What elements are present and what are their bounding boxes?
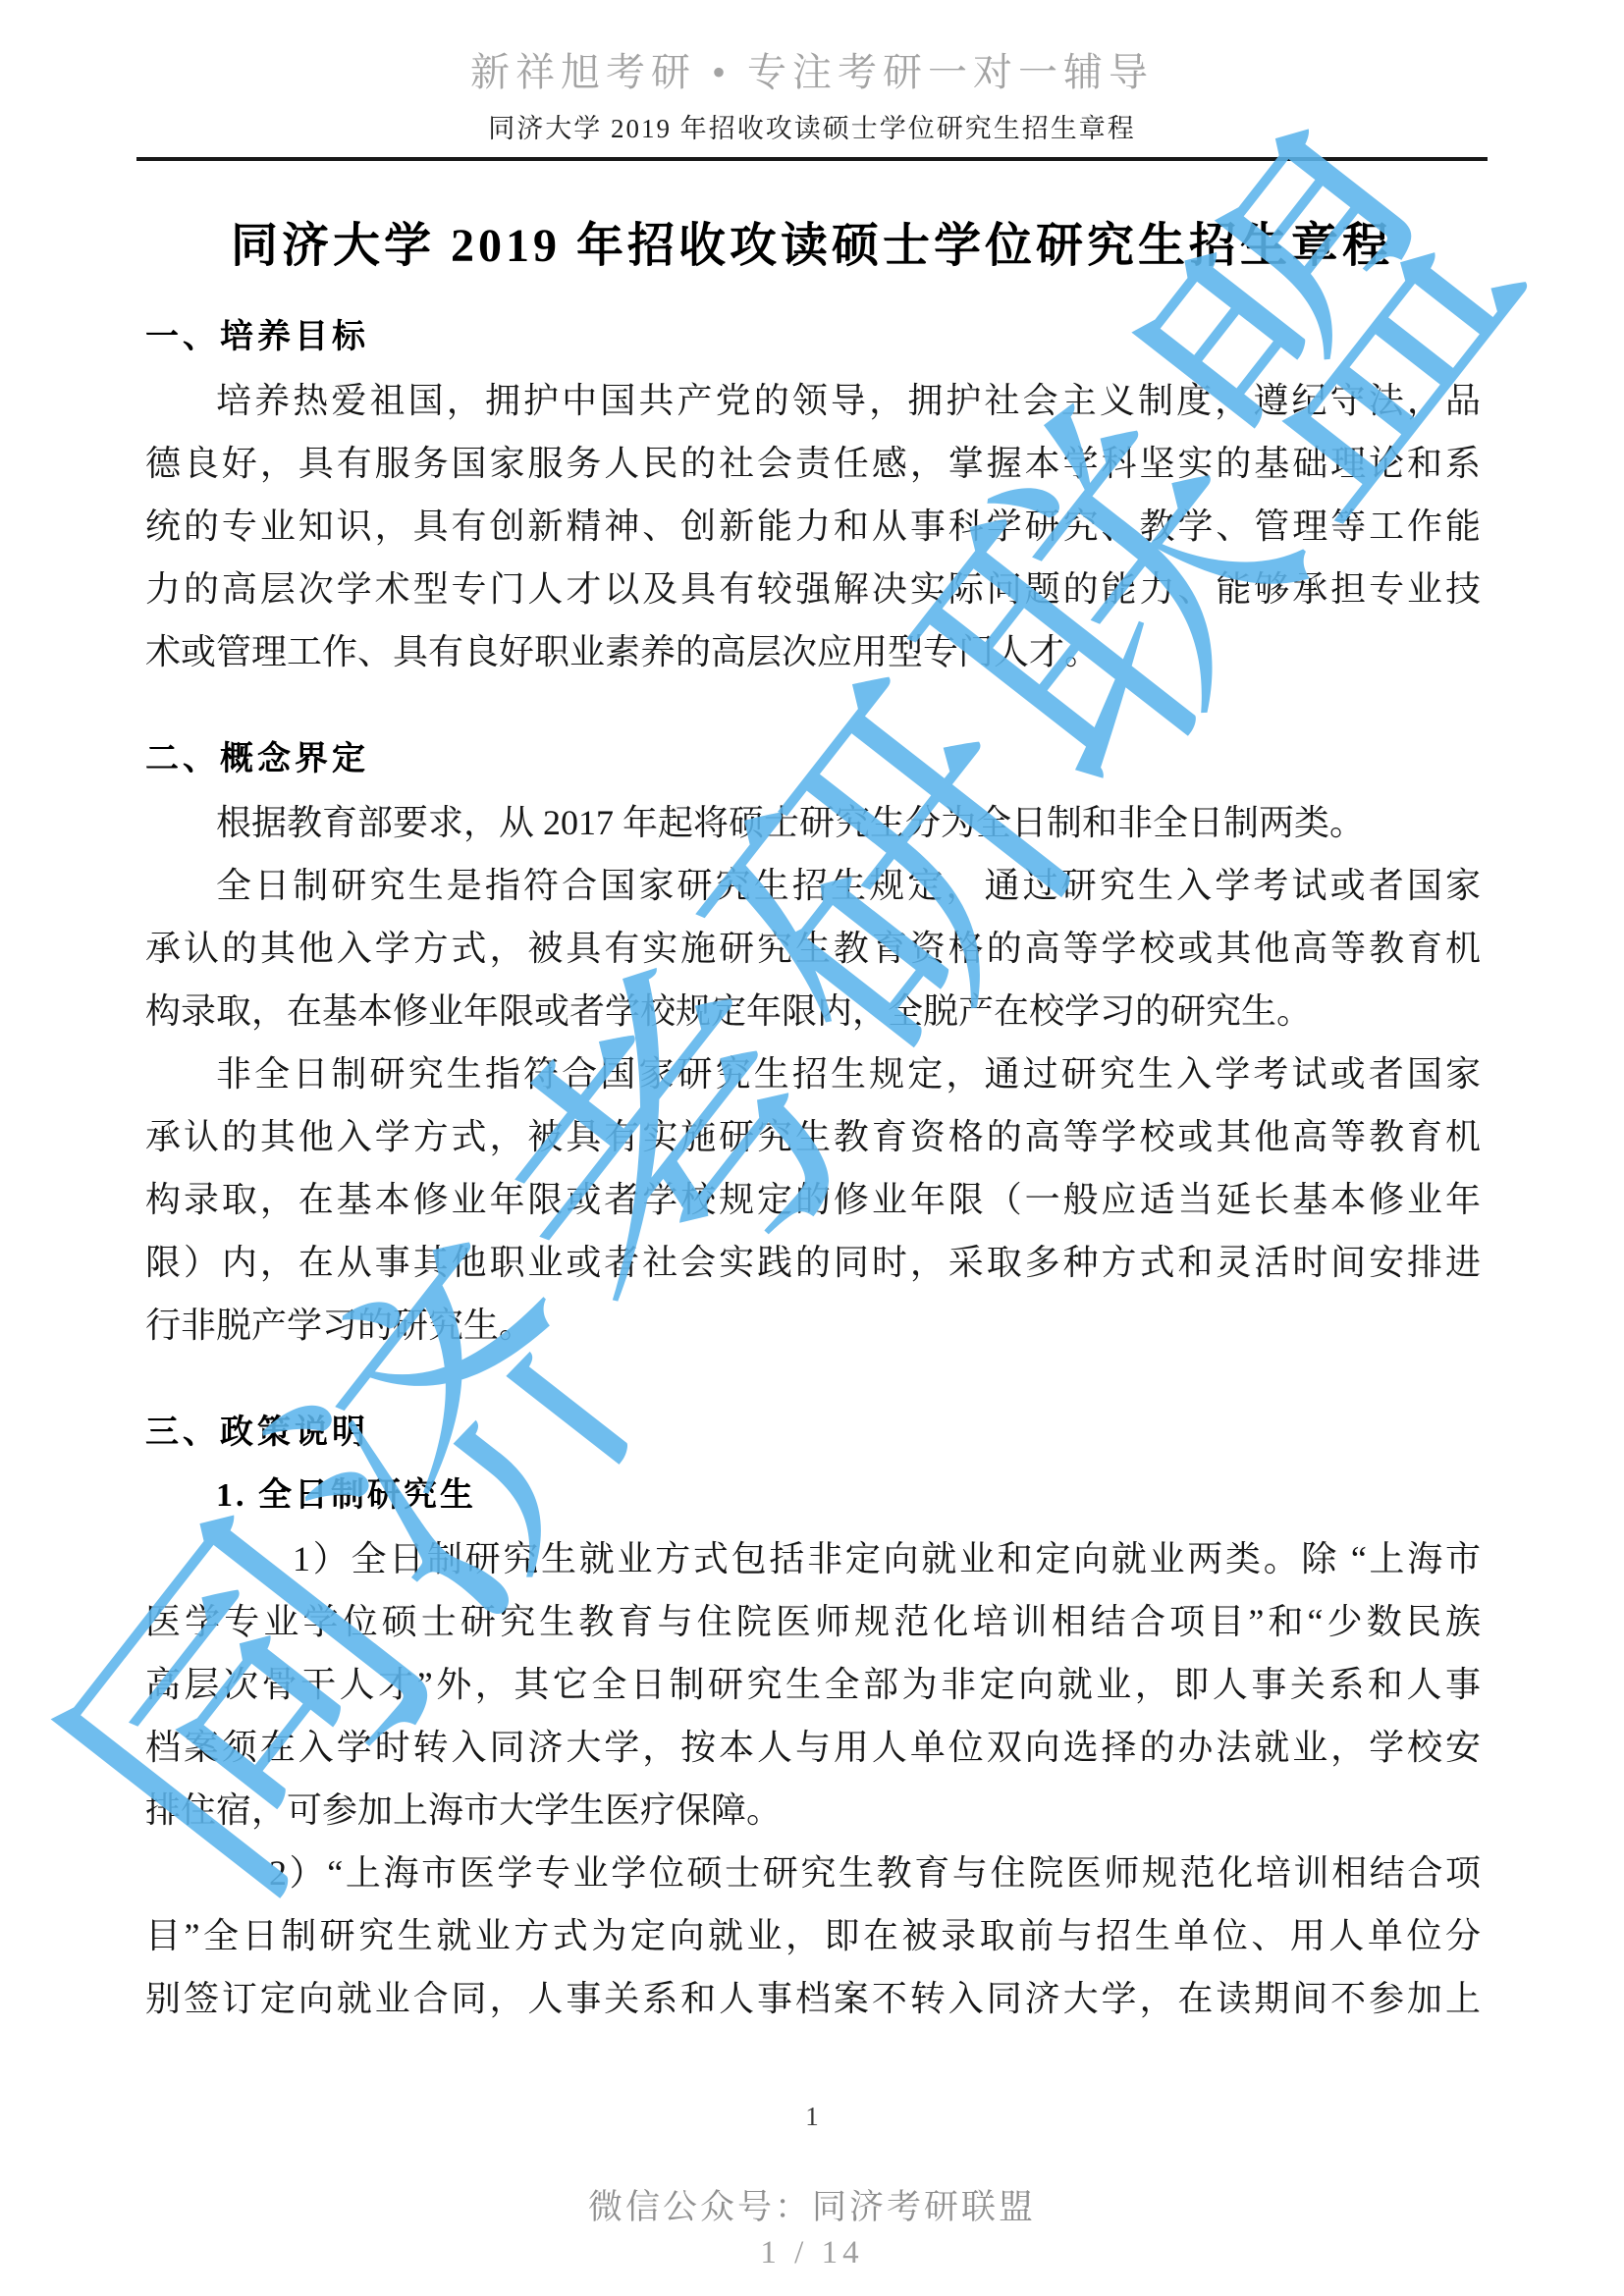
body-line: 高层次骨干人才”外，其它全日制研究生全部为非定向就业，即人事关系和人事 (145, 1653, 1481, 1716)
body-line: 根据教育部要求，从 2017 年起将硕士研究生分为全日制和非全日制两类。 (145, 791, 1481, 854)
section-heading: 一、培养目标 (145, 306, 1481, 369)
body-line: 1）全日制研究生就业方式包括非定向就业和定向就业两类。除 “上海市 (145, 1527, 1481, 1590)
body-line: 力的高层次学术型专门人才以及具有较强解决实际问题的能力、能够承担专业技 (145, 558, 1481, 620)
footer-wechat: 微信公众号：同济考研联盟 (0, 2185, 1624, 2230)
body-line: 构录取，在基本修业年限或者学校规定的修业年限（一般应适当延长基本修业年 (145, 1168, 1481, 1231)
body-line: 医学专业学位硕士研究生教育与住院医师规范化培训相结合项目”和“少数民族 (145, 1590, 1481, 1653)
page-title: 同济大学 2019 年招收攻读硕士学位研究生招生章程 (0, 218, 1624, 275)
body-line: 限）内，在从事其他职业或者社会实践的同时，采取多种方式和灵活时间安排进 (145, 1231, 1481, 1294)
body-line: 全日制研究生是指符合国家研究生招生规定，通过研究生入学考试或者国家 (145, 854, 1481, 917)
header-rule (136, 157, 1488, 161)
section-heading: 二、概念界定 (145, 728, 1481, 791)
body-line: 排住宿，可参加上海市大学生医疗保障。 (145, 1779, 1481, 1842)
body-line: 2）“上海市医学专业学位硕士研究生教育与住院医师规范化培训相结合项 (145, 1842, 1481, 1904)
body-line: 别签订定向就业合同，人事关系和人事档案不转入同济大学，在读期间不参加上 (145, 1967, 1481, 2030)
footer-pagination: 1 / 14 (0, 2232, 1624, 2273)
section-heading: 1. 全日制研究生 (145, 1465, 1481, 1527)
header-doc-title: 同济大学 2019 年招收攻读硕士学位研究生招生章程 (0, 112, 1624, 145)
body-line: 统的专业知识，具有创新精神、创新能力和从事科学研究、教学、管理等工作能 (145, 495, 1481, 558)
body-line: 目”全日制研究生就业方式为定向就业，即在被录取前与招生单位、用人单位分 (145, 1904, 1481, 1967)
document-body: 一、培养目标培养热爱祖国，拥护中国共产党的领导，拥护社会主义制度，遵纪守法，品德… (145, 306, 1481, 2030)
page-header: 新祥旭考研 • 专注考研一对一辅导 同济大学 2019 年招收攻读硕士学位研究生… (0, 0, 1624, 161)
section-heading: 三、政策说明 (145, 1402, 1481, 1465)
body-line: 术或管理工作、具有良好职业素养的高层次应用型专门人才。 (145, 620, 1481, 683)
body-line: 行非脱产学习的研究生。 (145, 1294, 1481, 1357)
body-line: 德良好，具有服务国家服务人民的社会责任感，掌握本学科坚实的基础理论和系 (145, 432, 1481, 495)
body-line: 培养热爱祖国，拥护中国共产党的领导，拥护社会主义制度，遵纪守法，品 (145, 369, 1481, 432)
body-line: 构录取，在基本修业年限或者学校规定年限内，全脱产在校学习的研究生。 (145, 980, 1481, 1042)
body-line: 非全日制研究生指符合国家研究生招生规定，通过研究生入学考试或者国家 (145, 1042, 1481, 1105)
body-line: 承认的其他入学方式，被具有实施研究生教育资格的高等学校或其他高等教育机 (145, 917, 1481, 980)
page-number: 1 (0, 2097, 1624, 2136)
header-brand: 新祥旭考研 • 专注考研一对一辅导 (0, 49, 1624, 96)
body-line: 档案须在入学时转入同济大学，按本人与用人单位双向选择的办法就业，学校安 (145, 1716, 1481, 1779)
document-page: 新祥旭考研 • 专注考研一对一辅导 同济大学 2019 年招收攻读硕士学位研究生… (0, 0, 1624, 2296)
body-line: 承认的其他入学方式，被具有实施研究生教育资格的高等学校或其他高等教育机 (145, 1105, 1481, 1168)
